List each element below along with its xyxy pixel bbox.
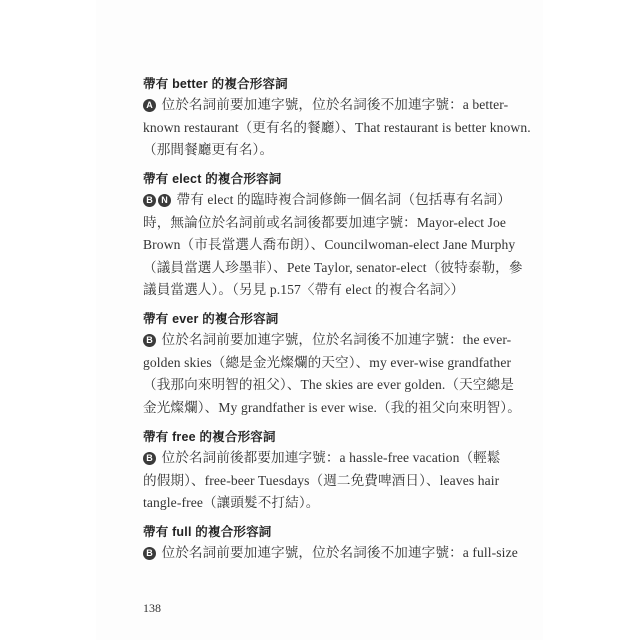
section-elect: 帶有 elect 的複合形容詞 BN 帶有 elect 的臨時複合詞修飾一個名詞…: [143, 169, 523, 302]
body-line: 金光燦爛）、My grandfather is ever wise.（我的祖父向…: [143, 397, 523, 420]
body-line: 議員當選人）。（另見 p.157〈帶有 elect 的複合名詞〉）: [143, 279, 523, 302]
section-heading: 帶有 free 的複合形容詞: [143, 427, 523, 447]
section-heading: 帶有 full 的複合形容詞: [143, 522, 523, 542]
section-ever: 帶有 ever 的複合形容詞 B 位於名詞前要加連字號，位於名詞後不加連字號：t…: [143, 309, 523, 419]
body-line: BN 帶有 elect 的臨時複合詞修飾一個名詞（包括專有名詞）: [143, 189, 523, 212]
body-line: known restaurant（更有名的餐廳）、That restaurant…: [143, 117, 523, 140]
style-badge-b-icon: B: [143, 334, 156, 347]
style-badge-a-icon: A: [143, 99, 156, 112]
body-line: （我那向來明智的祖父）、The skies are ever golden.（天…: [143, 374, 523, 397]
body-line: B 位於名詞前要加連字號，位於名詞後不加連字號：the ever-: [143, 329, 523, 352]
body-line: Brown（市長當選人喬布朗）、Councilwoman-elect Jane …: [143, 234, 523, 257]
page-number: 138: [143, 601, 161, 616]
section-heading: 帶有 elect 的複合形容詞: [143, 169, 523, 189]
body-line: B 位於名詞前後都要加連字號：a hassle-free vacation（輕鬆: [143, 447, 523, 470]
body-line: A 位於名詞前要加連字號，位於名詞後不加連字號：a better-: [143, 94, 523, 117]
style-badge-b-icon: B: [143, 547, 156, 560]
body-line: tangle-free（讓頭髮不打結）。: [143, 492, 523, 515]
section-free: 帶有 free 的複合形容詞 B 位於名詞前後都要加連字號：a hassle-f…: [143, 427, 523, 515]
style-badge-b-icon: B: [143, 452, 156, 465]
body-line: golden skies（總是金光燦爛的天空）、my ever-wise gra…: [143, 352, 523, 375]
style-badge-n-icon: N: [158, 194, 171, 207]
body-line: 的假期）、free-beer Tuesdays（週二免費啤酒日）、leaves …: [143, 470, 523, 493]
section-full: 帶有 full 的複合形容詞 B 位於名詞前要加連字號，位於名詞後不加連字號：a…: [143, 522, 523, 565]
section-heading: 帶有 better 的複合形容詞: [143, 74, 523, 94]
body-line: 時，無論位於名詞前或名詞後都要加連字號：Mayor-elect Joe: [143, 212, 523, 235]
section-heading: 帶有 ever 的複合形容詞: [143, 309, 523, 329]
body-line: B 位於名詞前要加連字號，位於名詞後不加連字號：a full-size: [143, 542, 523, 565]
body-line: （那間餐廳更有名）。: [143, 139, 523, 162]
body-line: （議員當選人珍墨菲）、Pete Taylor, senator-elect（彼特…: [143, 257, 523, 280]
section-better: 帶有 better 的複合形容詞 A 位於名詞前要加連字號，位於名詞後不加連字號…: [143, 74, 523, 162]
style-badge-b-icon: B: [143, 194, 156, 207]
